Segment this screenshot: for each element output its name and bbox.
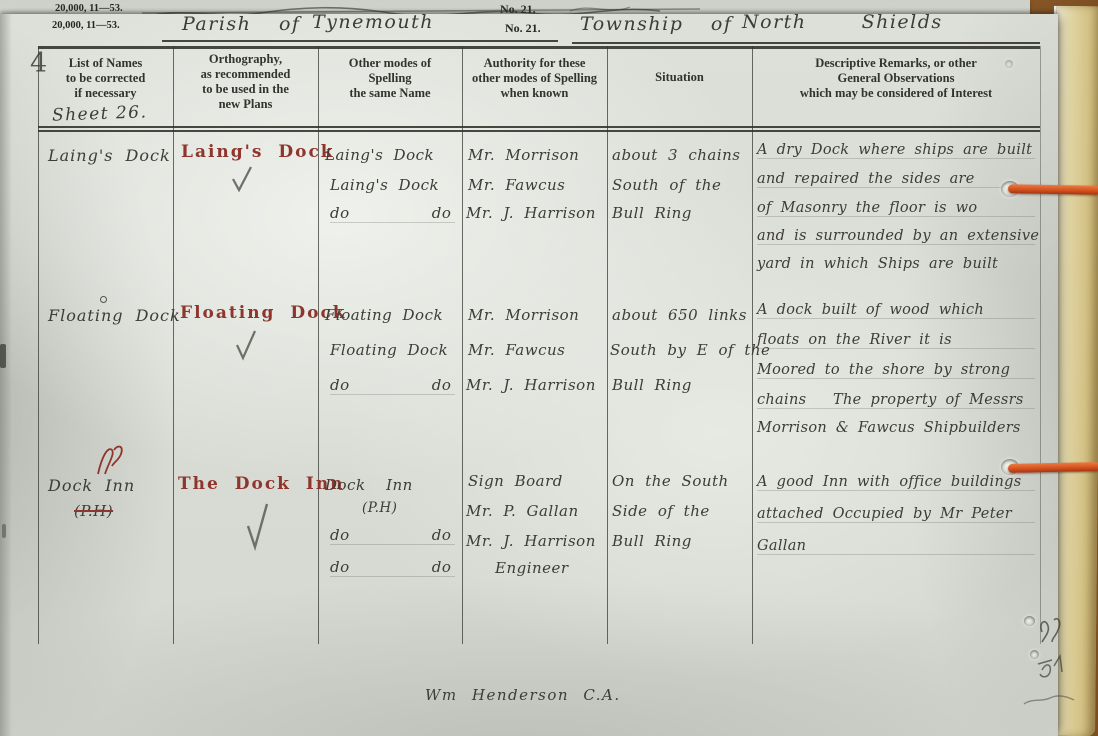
row1-authority: Mr. Morrison <box>468 146 579 164</box>
surveyor-signature: Wm Henderson C.A. <box>425 686 621 704</box>
row3-orthography: The Dock Inn <box>178 474 345 494</box>
row3-other-mode: Dock Inn <box>325 476 413 494</box>
row1-remark: and repaired the sides are <box>757 171 1035 188</box>
row2-orthography: Floating Dock <box>180 303 347 323</box>
table-border-line <box>318 46 319 644</box>
row3-remark: A good Inn with office buildings <box>757 474 1035 491</box>
table-border-line <box>462 46 463 644</box>
row1-situation: Bull Ring <box>612 204 692 222</box>
column-header-situation: Situation <box>609 70 750 85</box>
table-border-line <box>38 46 39 644</box>
table-border-line <box>607 46 608 644</box>
row2-situation: South by E of the <box>610 341 770 359</box>
row1-remark: of Masonry the floor is wo <box>757 200 1035 217</box>
punched-hole <box>1005 60 1013 68</box>
row3-authority: Mr. P. Gallan <box>466 502 579 520</box>
edge-smudge <box>0 344 6 368</box>
row1-other-mode: Laing's Dock <box>330 176 439 194</box>
parish-underline <box>162 40 558 42</box>
row1-orthography: Laing's Dock <box>181 142 335 162</box>
pencil-marks <box>1018 612 1088 722</box>
row3-situation: Bull Ring <box>612 532 692 550</box>
township-underline <box>572 42 1040 44</box>
row2-other-mode: Floating Dock <box>325 306 443 324</box>
row2-situation: Bull Ring <box>612 376 692 394</box>
column-header-names: List of Names to be corrected if necessa… <box>40 56 171 101</box>
header-bottom-border-2 <box>38 130 1040 132</box>
row2-authority: Mr. Morrison <box>468 306 579 324</box>
insertion-mark <box>100 296 107 303</box>
township-label: Township of <box>580 13 732 35</box>
row3-other-mode: (P.H) <box>362 500 397 516</box>
no-label: No. 21. <box>505 21 541 36</box>
row1-situation: South of the <box>612 176 721 194</box>
parish-label: Parish of <box>182 13 300 35</box>
red-annotation-scribble <box>88 442 130 478</box>
row3-remark: attached Occupied by Mr Peter <box>757 506 1035 523</box>
row2-name: Floating Dock <box>48 306 181 325</box>
row3-other-mode: do do <box>330 526 455 545</box>
row2-remark: Morrison & Fawcus Shipbuilders <box>757 420 1035 436</box>
row2-other-mode: do do <box>330 376 455 395</box>
header-bottom-border <box>38 126 1040 128</box>
scale-ref: 20,000, 11—53. <box>52 20 120 31</box>
check-icon <box>232 328 258 362</box>
table-top-border <box>38 46 1040 49</box>
main-page: 20,000, 11—53. Parish of Tynemouth No. 2… <box>0 14 1058 736</box>
township-value: North Shields <box>742 11 943 33</box>
table-border-line <box>173 46 174 644</box>
row1-remark: A dry Dock where ships are built <box>757 142 1035 159</box>
row3-situation: Side of the <box>612 502 710 520</box>
check-icon <box>242 500 270 552</box>
row3-authority: Mr. J. Harrison <box>466 532 596 550</box>
row3-other-mode: do do <box>330 558 455 577</box>
row3-authority: Sign Board <box>468 472 563 490</box>
binding-cord <box>1008 184 1098 195</box>
row2-situation: about 650 links <box>612 306 747 324</box>
row1-remark: and is surrounded by an extensive <box>757 228 1035 245</box>
row1-authority: Mr. J. Harrison <box>466 204 596 222</box>
under-scale-ref: 20,000, 11—53. <box>55 3 123 14</box>
row2-authority: Mr. J. Harrison <box>466 376 596 394</box>
row2-remark: A dock built of wood which <box>757 302 1035 319</box>
row1-authority: Mr. Fawcus <box>468 176 565 194</box>
row3-situation: On the South <box>612 472 729 490</box>
column-header-remarks: Descriptive Remarks, or other General Ob… <box>754 56 1038 101</box>
sheet-note: Sheet 26. <box>52 102 148 125</box>
row1-situation: about 3 chains <box>612 146 741 164</box>
row1-remark: yard in which Ships are built <box>757 256 1035 272</box>
parish-value: Tynemouth <box>312 11 434 33</box>
row3-authority: Engineer <box>495 559 569 577</box>
row1-other-mode: Laing's Dock <box>325 146 434 164</box>
row3-remark: Gallan <box>757 538 1035 555</box>
column-header-orthography: Orthography, as recommended to be used i… <box>175 52 316 112</box>
scanned-name-book-page: 20,000, 11—53. No. 21. 20,000, 11—53. Pa… <box>0 0 1098 736</box>
column-header-authority: Authority for these other modes of Spell… <box>463 56 606 101</box>
row1-other-mode: do do <box>330 204 455 223</box>
row2-remark: Moored to the shore by strong <box>757 362 1035 379</box>
check-icon <box>228 164 254 194</box>
column-header-other-modes: Other modes of Spelling the same Name <box>320 56 460 101</box>
row2-remark: floats on the River it is <box>757 332 1035 349</box>
table-border-line <box>1040 46 1041 644</box>
row3-name-sub-struck: (P.H) <box>74 502 113 520</box>
binding-cord <box>1008 462 1098 473</box>
row2-remark: chains The property of Messrs <box>757 392 1035 409</box>
row2-other-mode: Floating Dock <box>330 341 448 359</box>
row3-name: Dock Inn <box>48 476 135 495</box>
row2-authority: Mr. Fawcus <box>468 341 565 359</box>
row1-name: Laing's Dock <box>48 146 171 165</box>
edge-smudge <box>2 524 6 538</box>
